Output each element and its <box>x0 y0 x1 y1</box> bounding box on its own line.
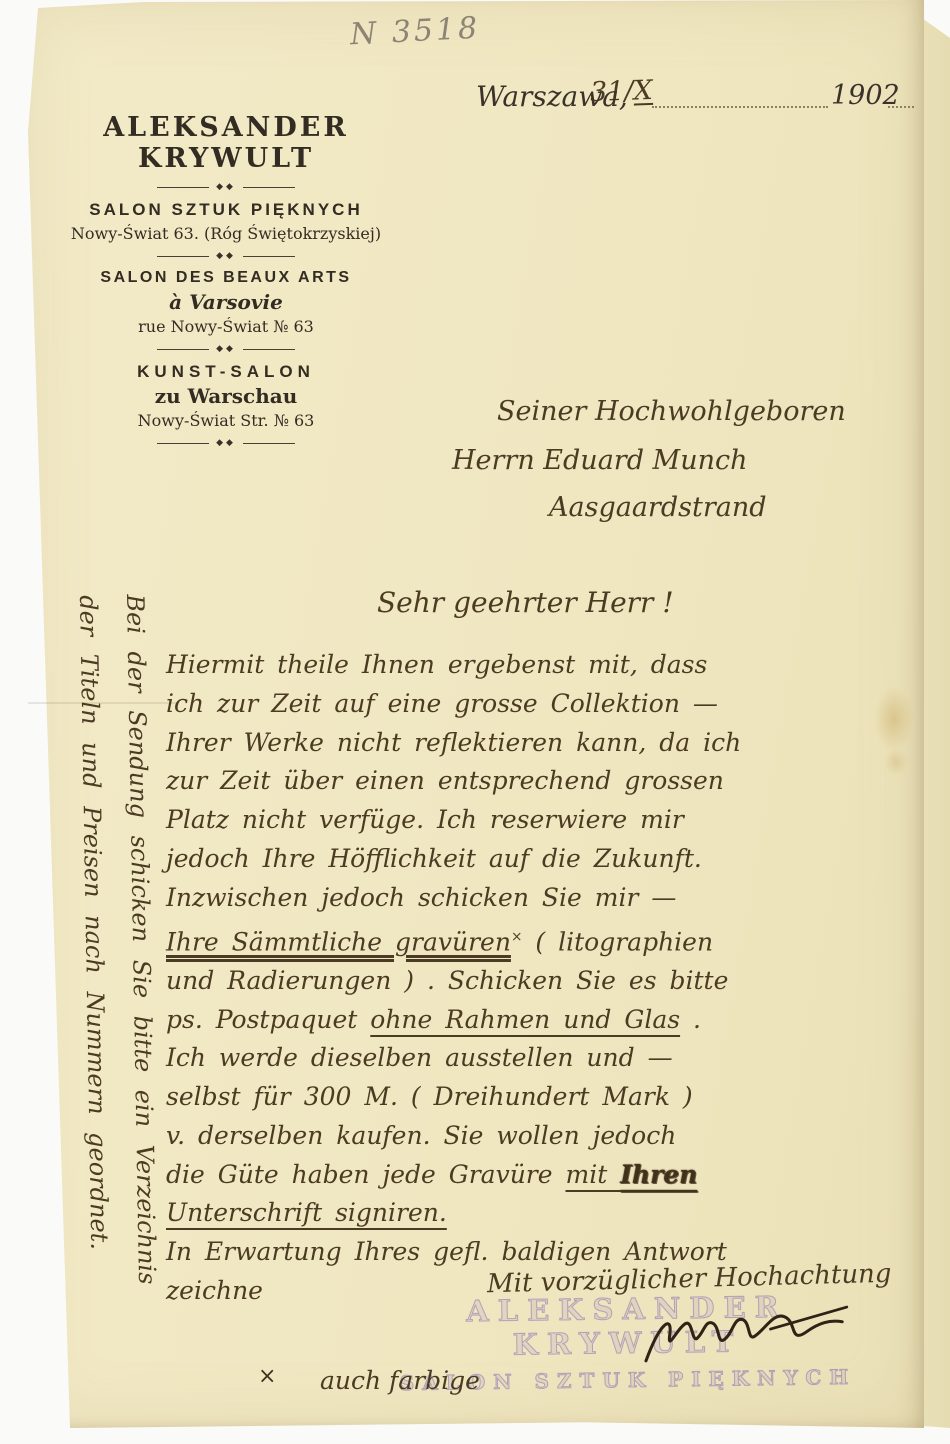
archive-number: N 3518 <box>349 11 481 53</box>
letter-line: zur Zeit über einen entsprechend grossen <box>166 762 882 801</box>
letter-text-segment: ich zur Zeit auf eine grosse Collektion … <box>166 689 718 718</box>
dotted-rule <box>888 106 914 108</box>
letter-line: und Radierungen ) . Schicken Sie es bitt… <box>166 962 882 1001</box>
letter-line: die Güte haben jede Gravüre mit Ihren <box>166 1156 882 1195</box>
letter-text-segment: Ihre Sämmtliche gravüren <box>166 927 511 956</box>
letter-text-segment: Hiermit theile Ihnen ergebenst mit, dass <box>166 650 707 679</box>
letter-text-segment: v. derselben kaufen. Sie wollen jedoch <box>166 1121 676 1150</box>
letter-line: Ihrer Werke nicht reflektieren kann, da … <box>166 724 882 763</box>
recipient-name: Herrn Eduard Munch <box>452 445 748 476</box>
french-city: à Varsovie <box>58 290 394 314</box>
salutation: Sehr geehrter Herr ! <box>377 586 674 619</box>
letter-text-segment: Platz nicht verfüge. Ich reserwiere mir <box>166 805 684 834</box>
letter-text-segment: In Erwartung Ihres gefl. baldigen Antwor… <box>166 1237 727 1266</box>
footnote-marker: × <box>258 1364 276 1389</box>
polish-salon-name: SALON SZTUK PIĘKNYCH <box>58 200 394 220</box>
ornament-divider: ◆◆ <box>141 439 311 448</box>
letter-line: Inzwischen jedoch schicken Sie mir — <box>166 879 882 918</box>
signature-stroke <box>626 1292 864 1376</box>
letter-text-segment: die Güte haben jede Gravüre <box>166 1160 566 1189</box>
letter-text-segment: Ihrer Werke nicht reflektieren kann, da … <box>166 728 741 757</box>
polish-address: Nowy-Świat 63. (Róg Świętokrzyskiej) <box>58 224 394 243</box>
letter-text-segment: Ihren <box>620 1160 697 1189</box>
letter-line: ps. Postpaquet ohne Rahmen und Glas . <box>166 1001 882 1040</box>
letter-text-segment: Ich werde dieselben ausstellen und — <box>166 1043 673 1072</box>
letter-text-segment: Unterschrift signiren. <box>166 1198 447 1227</box>
french-salon-name: SALON DES BEAUX ARTS <box>58 269 394 287</box>
dotted-rule <box>652 106 828 108</box>
french-address: rue Nowy-Świat № 63 <box>58 317 394 336</box>
ornament-divider: ◆◆ <box>141 345 311 354</box>
scanned-letter: N 3518 Warszawa, 31/X 1902 ALEKSANDER KR… <box>0 0 950 1444</box>
letter-text-segment: zur Zeit über einen entsprechend grossen <box>166 766 724 795</box>
letter-line: Unterschrift signiren. <box>166 1194 882 1233</box>
letter-line: jedoch Ihre Höfflichkeit auf die Zukunft… <box>166 840 882 879</box>
letter-text-segment: . <box>680 1005 701 1034</box>
letter-line: v. derselben kaufen. Sie wollen jedoch <box>166 1117 882 1156</box>
letter-text-segment: mit <box>566 1160 621 1189</box>
paper-stain <box>884 748 908 776</box>
recipient-honorific: Seiner Hochwohlgeboren <box>497 396 846 427</box>
letter-text-segment: jedoch Ihre Höfflichkeit auf die Zukunft… <box>166 844 702 873</box>
letter-text-segment: ( litographien <box>522 927 713 956</box>
letter-body: Hiermit theile Ihnen ergebenst mit, dass… <box>166 646 882 1311</box>
recipient-place: Aasgaardstrand <box>549 492 767 523</box>
letter-line: Ich werde dieselben ausstellen und — <box>166 1039 882 1078</box>
german-city: zu Warschau <box>58 384 394 408</box>
dateline-month-numeral: X <box>633 75 653 107</box>
ornament-divider: ◆◆ <box>141 252 311 261</box>
letter-text-segment: ohne Rahmen und Glas <box>370 1005 680 1034</box>
letter-text-segment: zeichne <box>166 1276 263 1305</box>
letterhead: ALEKSANDER KRYWULT ◆◆ SALON SZTUK PIĘKNY… <box>58 112 394 456</box>
ornament-divider: ◆◆ <box>141 183 311 192</box>
letter-text-segment: und Radierungen ) . Schicken Sie es bitt… <box>166 966 728 995</box>
letter-text-segment: × <box>511 929 523 945</box>
letter-line: ich zur Zeit auf eine grosse Collektion … <box>166 685 882 724</box>
letter-line: selbst für 300 M. ( Dreihundert Mark ) <box>166 1078 882 1117</box>
signature <box>626 1292 864 1376</box>
footnote-text: auch farbige <box>320 1366 480 1395</box>
gallery-owner-name: ALEKSANDER KRYWULT <box>58 112 394 174</box>
letter-line: Ihre Sämmtliche gravüren× ( litographien <box>166 918 882 962</box>
letter-line: Hiermit theile Ihnen ergebenst mit, dass <box>166 646 882 685</box>
letter-text-segment: ps. Postpaquet <box>166 1005 370 1034</box>
dateline-day-number: 31/ <box>589 76 634 108</box>
letter-text-segment: selbst für 300 M. ( Dreihundert Mark ) <box>166 1082 693 1111</box>
german-address: Nowy-Świat Str. № 63 <box>58 411 394 430</box>
letter-line: Platz nicht verfüge. Ich reserwiere mir <box>166 801 882 840</box>
margin-note: Bei der Sendung schicken Sie bitte ein V… <box>64 594 172 1386</box>
letter-text-segment: Inzwischen jedoch schicken Sie mir — <box>166 883 676 912</box>
german-salon-name: KUNST-SALON <box>58 362 394 382</box>
dateline-day: 31/X <box>589 75 653 108</box>
